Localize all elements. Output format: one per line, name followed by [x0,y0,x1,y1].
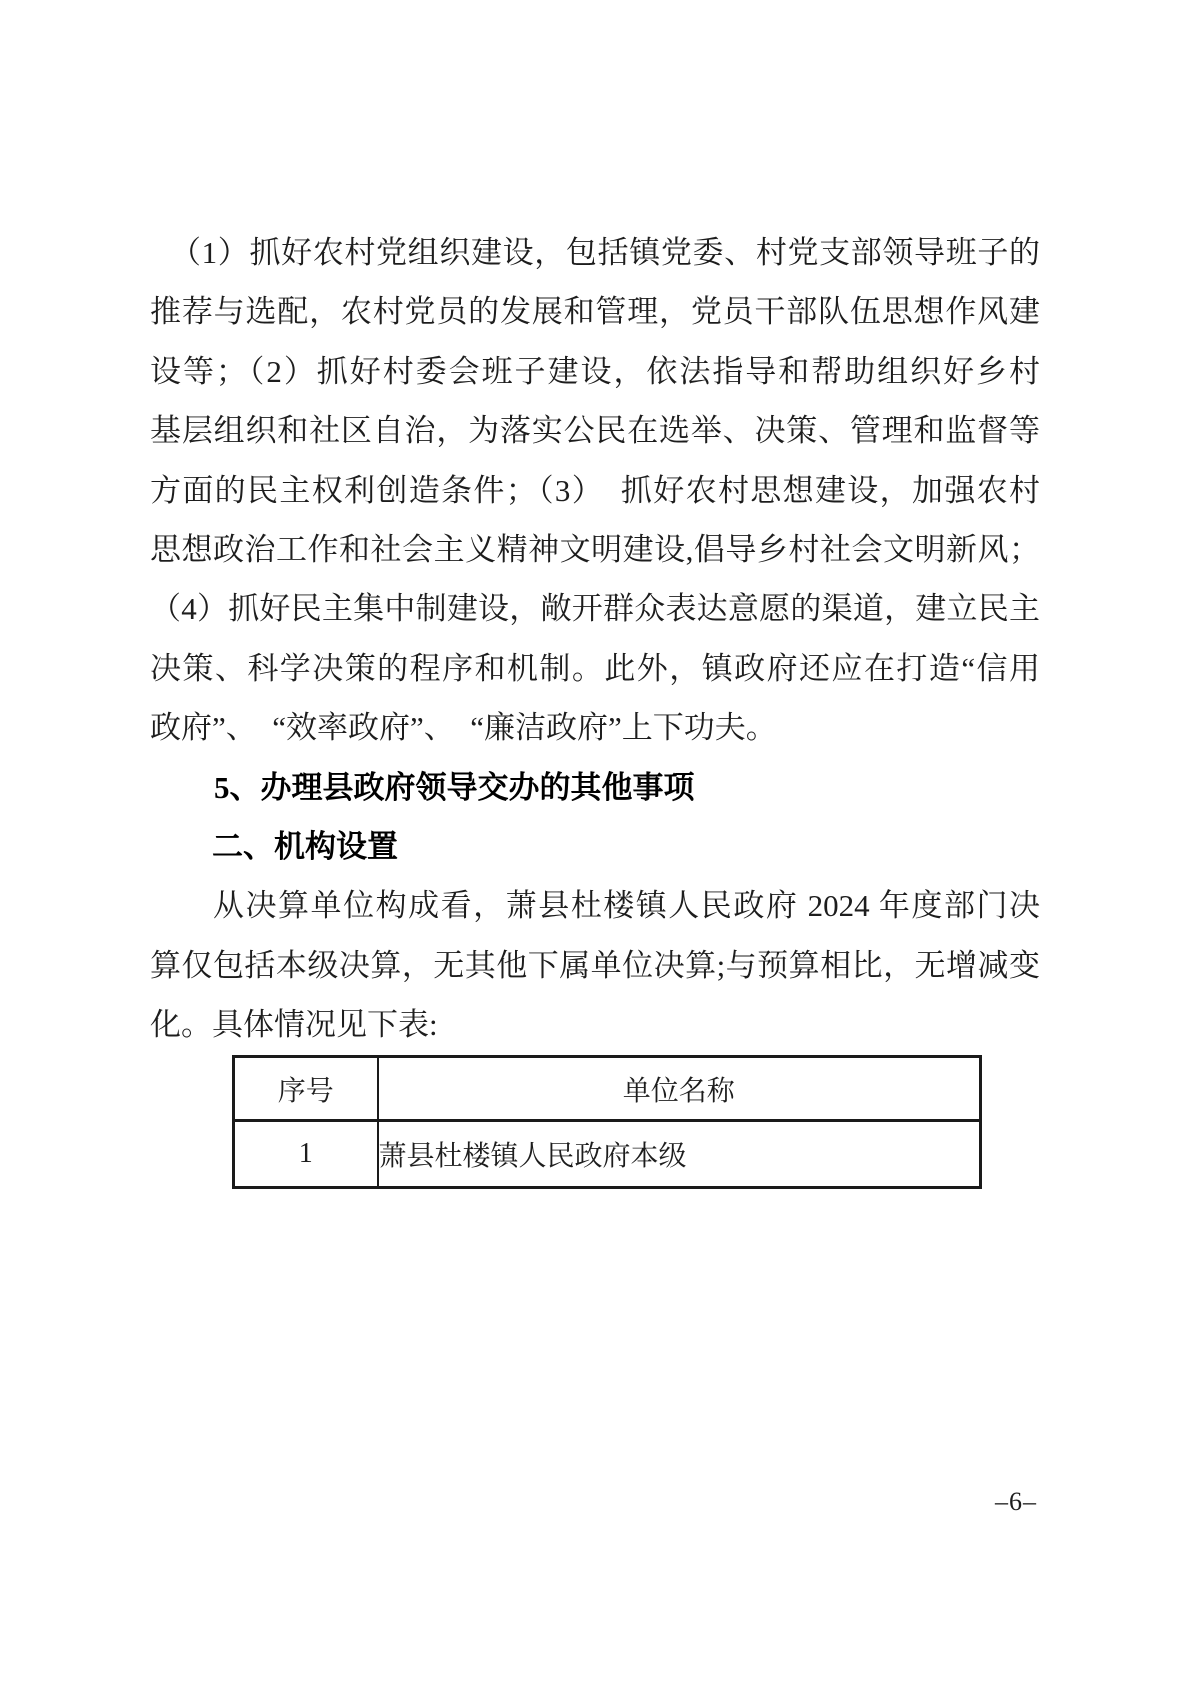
paragraph1-line-7: （4）抓好民主集中制建设，敞开群众表达意愿的渠道，建立民主 [150,579,1040,638]
body-text: （1）抓好农村党组织建设，包括镇党委、村党支部领导班子的 推荐与选配，农村党员的… [150,223,1040,1054]
document-page: （1）抓好农村党组织建设，包括镇党委、村党支部领导班子的 推荐与选配，农村党员的… [0,0,1190,1683]
units-table-header-row: 序号 单位名称 [234,1057,981,1121]
paragraph1-line-6: 思想政治工作和社会主义精神文明建设,倡导乡村社会文明新风； [150,520,1040,579]
paragraph2-line-3: 化。具体情况见下表: [150,995,1040,1054]
paragraph1-line-3: 设等；（2）抓好村委会班子建设，依法指导和帮助组织好乡村 [150,342,1040,401]
paragraph1-line-8: 决策、科学决策的程序和机制。此外，镇政府还应在打造“信用 [150,639,1040,698]
units-table-header-no: 序号 [234,1057,378,1121]
paragraph1-line-4: 基层组织和社区自治，为落实公民在选举、决策、管理和监督等 [150,401,1040,460]
paragraph2-line-1: 从决算单位构成看，萧县杜楼镇人民政府 2024 年度部门决 [150,876,1040,935]
page-number: –6– [995,1487,1037,1517]
heading-section2: 二、机构设置 [150,817,1040,876]
paragraph1-line-1: （1）抓好农村党组织建设，包括镇党委、村党支部领导班子的 [150,223,1040,282]
paragraph1-line-9: 政府”、 “效率政府”、 “廉洁政府”上下功夫。 [150,698,1040,757]
unit-row-name: 萧县杜楼镇人民政府本级 [378,1121,981,1188]
heading-item5: 5、办理县政府领导交办的其他事项 [150,758,1040,817]
paragraph1-line-2: 推荐与选配，农村党员的发展和管理，党员干部队伍思想作风建 [150,282,1040,341]
table-row: 1 萧县杜楼镇人民政府本级 [234,1121,981,1188]
unit-row-no: 1 [234,1121,378,1188]
units-table-header-name: 单位名称 [378,1057,981,1121]
units-table: 序号 单位名称 1 萧县杜楼镇人民政府本级 [232,1055,982,1189]
paragraph2-line-2: 算仅包括本级决算，无其他下属单位决算;与预算相比，无增减变 [150,936,1040,995]
paragraph1-line-5: 方面的民主权利创造条件；（3） 抓好农村思想建设，加强农村 [150,461,1040,520]
